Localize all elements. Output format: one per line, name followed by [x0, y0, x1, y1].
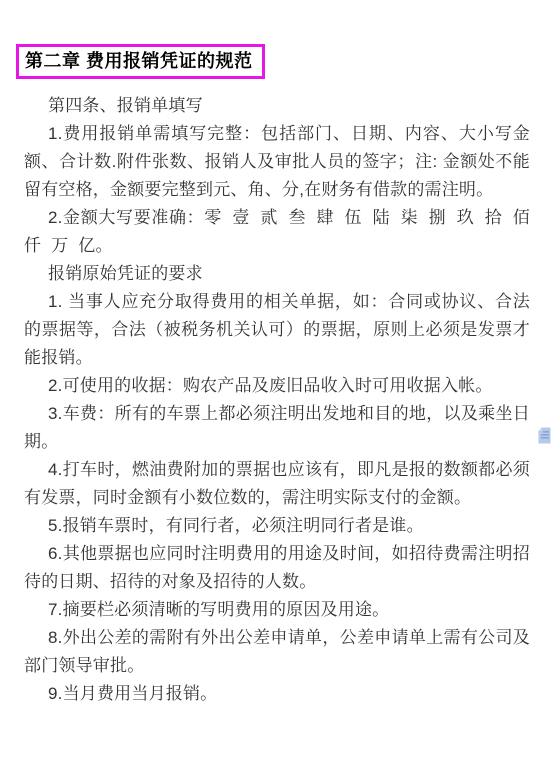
paragraph-item2-capital-numerals: 2.金额大写要准确：零 壹 贰 叁 肆 伍 陆 柒 捌 玖 拾 佰 仟 万 亿。 [24, 204, 530, 260]
document-page: 第二章 费用报销凭证的规范 第四条、报销单填写 1.费用报销单需填写完整：包括部… [0, 0, 556, 784]
chapter-title-row: 第二章 费用报销凭证的规范 [16, 44, 530, 79]
paragraph-req1-obtain-receipts: 1. 当事人应充分取得费用的相关单据，如：合同或协议、合法的票据等，合法（被税务… [24, 288, 530, 372]
paragraph-req7-summary-column: 7.摘要栏必须清晰的写明费用的原因及用途。 [24, 596, 530, 624]
chapter-title-box: 第二章 费用报销凭证的规范 [16, 44, 265, 79]
paragraph-req3-fare: 3.车费：所有的车票上都必须注明出发地和目的地，以及乘坐日期。 [24, 400, 530, 456]
paragraph-req2-usable-receipts: 2.可使用的收据：购农产品及废旧品收入时可用收据入帐。 [24, 372, 530, 400]
paragraph-item1-fill-complete: 1.费用报销单需填写完整：包括部门、日期、内容、大小写金额、合计数.附件张数、报… [24, 120, 530, 204]
paragraph-req8-business-trip: 8.外出公差的需附有外出公差申请单，公差申请单上需有公司及部门领导审批。 [24, 624, 530, 680]
paragraph-req5-companion: 5.报销车票时，有同行者，必须注明同行者是谁。 [24, 512, 530, 540]
comment-document-icon[interactable] [537, 427, 552, 444]
paragraph-original-voucher-heading: 报销原始凭证的要求 [24, 260, 530, 288]
paragraph-req4-taxi: 4.打车时，燃油费附加的票据也应该有，即凡是报的数额都必须有发票，同时金额有小数… [24, 456, 530, 512]
paragraph-article4-heading: 第四条、报销单填写 [24, 92, 530, 120]
paragraph-req9-same-month: 9.当月费用当月报销。 [24, 680, 530, 708]
chapter-title: 第二章 费用报销凭证的规范 [25, 51, 253, 71]
paragraph-req6-other-receipts: 6.其他票据也应同时注明费用的用途及时间，如招待费需注明招待的日期、招待的对象及… [24, 540, 530, 596]
